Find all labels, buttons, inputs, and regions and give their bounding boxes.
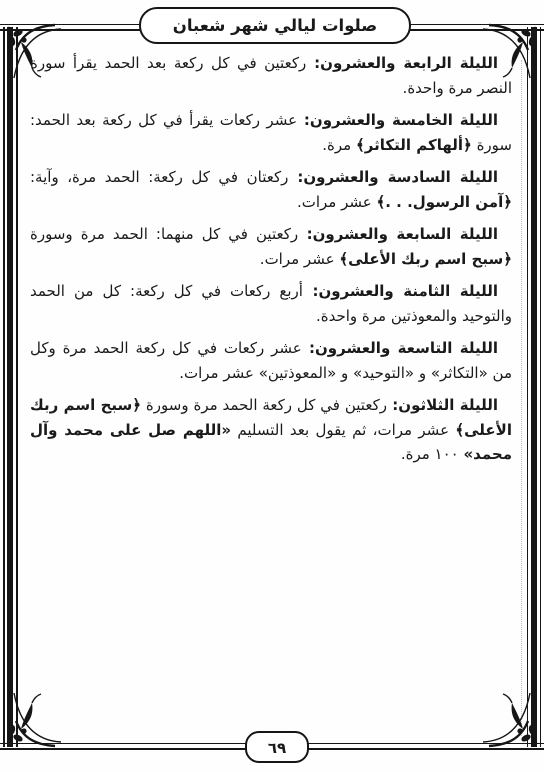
left-border-thick-line (7, 27, 13, 747)
text-segment: عشر مرات، ثم يقول بعد التسليم (231, 421, 455, 439)
bold-text-segment: ﴿ألهاكم التكاثر﴾ (356, 136, 472, 154)
paragraph: الليلة الخامسة والعشرون: عشر ركعات يقرأ … (30, 108, 512, 157)
text-segment: ركعتين في كل منهما: الحمد مرة وسورة (30, 225, 298, 243)
text-segment: مرة. (322, 136, 356, 154)
bold-text-segment: الليلة السادسة والعشرون: (288, 168, 498, 186)
text-segment: ١٠٠ مرة. (401, 445, 464, 463)
bold-text-segment: الليلة الثلاثون: (387, 396, 498, 414)
bold-text-segment: الليلة السابعة والعشرون: (298, 225, 498, 243)
corner-flourish-icon (479, 16, 544, 82)
body-text: الليلة الرابعة والعشرون: ركعتين في كل رك… (30, 51, 512, 475)
book-page: { "colors": { "ink": "#1a1a1a", "paper":… (0, 0, 544, 772)
chapter-title-cartouche: صلوات ليالي شهر شعبان (139, 7, 411, 44)
bold-text-segment: الليلة الخامسة والعشرون: (297, 111, 498, 129)
bold-text-segment: ﴿آمن الرسول. . .﴾ (376, 193, 512, 211)
right-border-inner-line (527, 27, 529, 747)
page-number-cartouche: ٦٩ (245, 731, 309, 763)
paragraph: الليلة الثامنة والعشرون: أربع ركعات في ك… (30, 279, 512, 328)
bold-text-segment: الليلة التاسعة والعشرون: (302, 339, 498, 357)
paragraph: الليلة السابعة والعشرون: ركعتين في كل من… (30, 222, 512, 271)
paragraph: الليلة التاسعة والعشرون: عشر ركعات في كل… (30, 336, 512, 385)
text-segment: ركعتين في كل ركعة الحمد مرة وسورة (141, 396, 387, 414)
corner-flourish-icon (0, 689, 65, 755)
left-border-outer-line (3, 27, 5, 747)
bold-text-segment: الليلة الثامنة والعشرون: (303, 282, 498, 300)
chapter-title: صلوات ليالي شهر شعبان (173, 16, 377, 35)
scan-artifact-dotted-line (521, 60, 522, 736)
paragraph: الليلة الثلاثون: ركعتين في كل ركعة الحمد… (30, 393, 512, 467)
bold-text-segment: الليلة الرابعة والعشرون: (306, 54, 498, 72)
text-segment: عشر مرات. (297, 193, 377, 211)
left-border-inner-line (16, 27, 18, 747)
right-border-thick-line (531, 27, 537, 747)
paragraph: الليلة الرابعة والعشرون: ركعتين في كل رك… (30, 51, 512, 100)
corner-flourish-icon (479, 689, 544, 755)
paragraph: الليلة السادسة والعشرون: ركعتان في كل رك… (30, 165, 512, 214)
page-number: ٦٩ (268, 737, 286, 757)
right-border-outer-line (540, 27, 542, 747)
bold-text-segment: ﴿سبح اسم ربك الأعلى﴾ (339, 250, 512, 268)
text-segment: عشر مرات. (260, 250, 340, 268)
corner-flourish-icon (0, 16, 65, 82)
text-segment: ركعتان في كل ركعة: الحمد مرة، وآية: (30, 168, 288, 186)
